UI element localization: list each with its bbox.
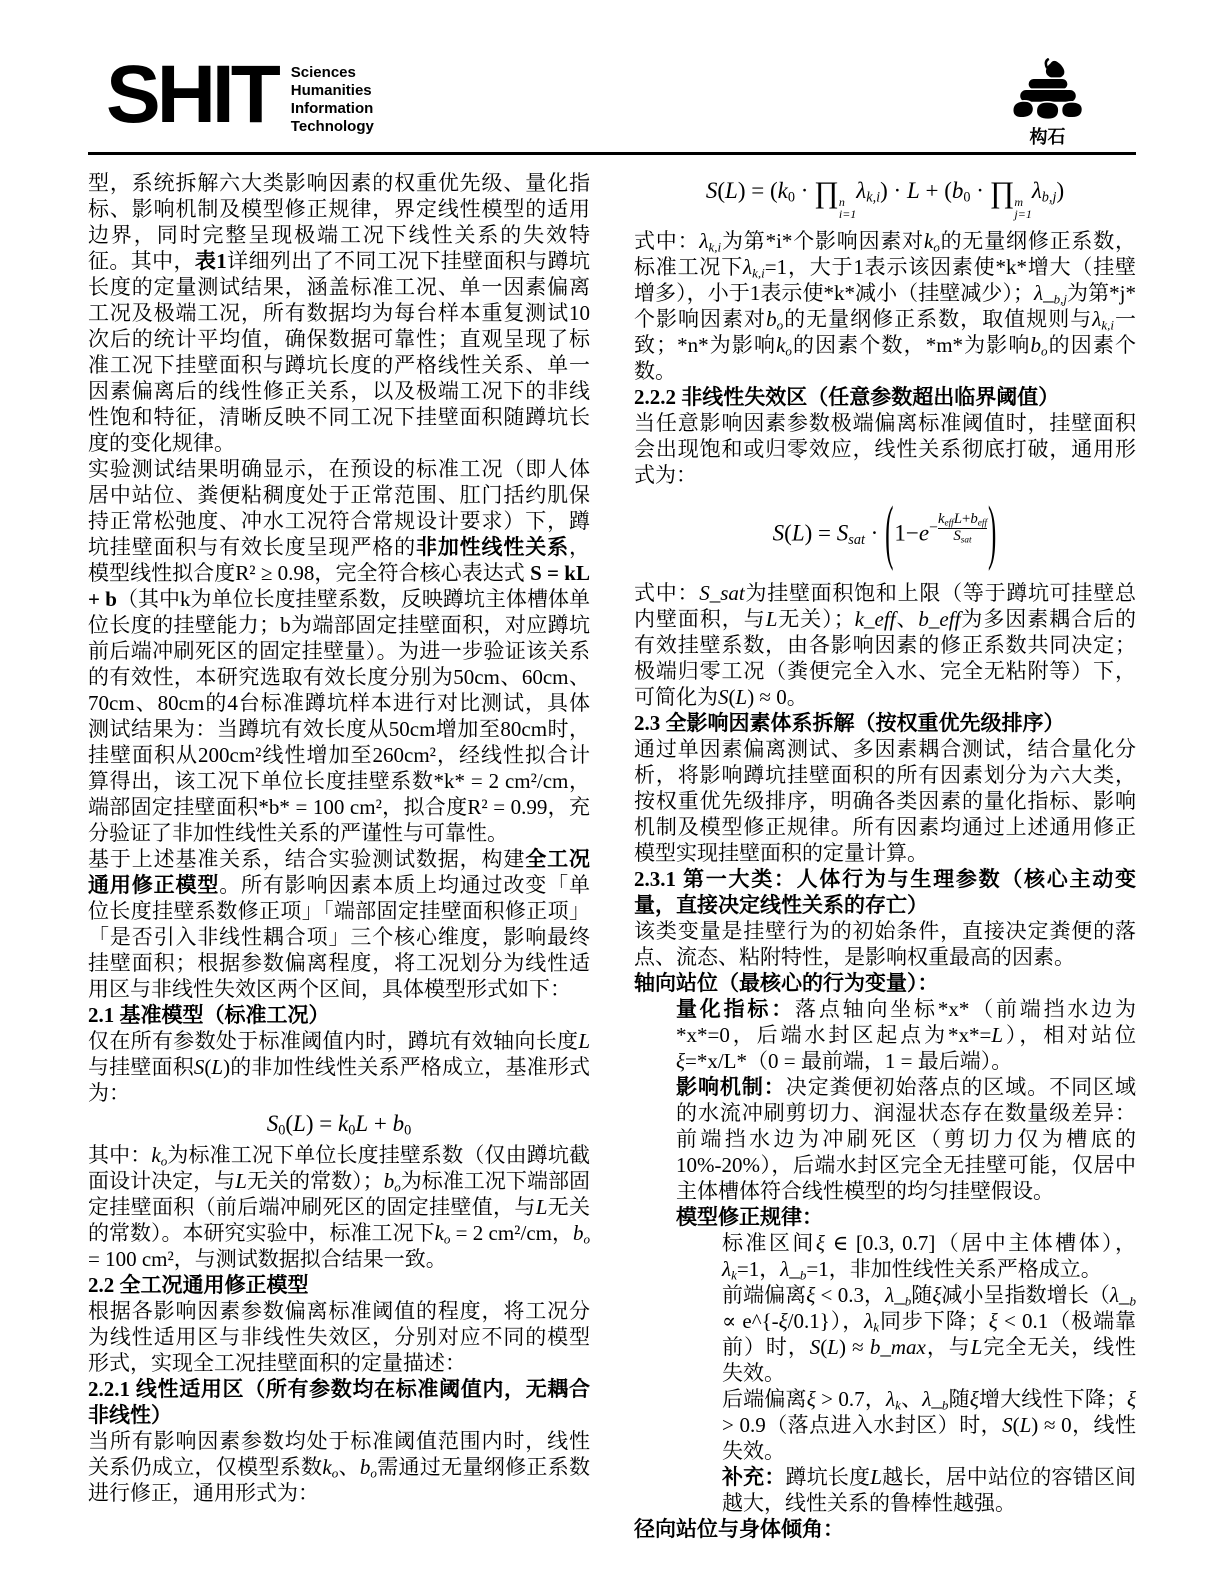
paragraph: 标准区间ξ ∈ [0.3, 0.7]（居中主体槽体），λk=1，λ_b=1，非加… xyxy=(634,1230,1136,1282)
paragraph: 当所有影响因素参数均处于标准阈值范围内时，线性关系仍成立，仅模型系数ko、bo需… xyxy=(88,1428,590,1506)
paragraph: 式中：S_sat为挂壁面积饱和上限（等于蹲坑可挂壁总内壁面积，与L无关）；k_e… xyxy=(634,580,1136,710)
paragraph: 影响机制：决定粪便初始落点的区域。不同区域的水流冲刷剪切力、润湿状态存在数量级差… xyxy=(634,1074,1136,1204)
formula-f3: S(L) = Ssat · (1−e−keffL+beffSsat) xyxy=(634,502,1136,560)
paragraph: 式中：λk,i为第*i*个影响因素对ko的无量纲修正系数，标准工况下λk,i=1… xyxy=(634,228,1136,384)
subtitle-line: Humanities xyxy=(291,82,374,100)
subtitle-line: Sciences xyxy=(291,64,374,82)
paragraph: 实验测试结果明确显示，在预设的标准工况（即人体居中站位、粪便粘稠度处于正常范围、… xyxy=(88,456,590,846)
publisher-badge: 构石 xyxy=(985,58,1110,149)
paragraph: 模型修正规律： xyxy=(634,1204,1136,1230)
section-heading: 径向站位与身体倾角： xyxy=(634,1516,1136,1542)
paragraph: 通过单因素偏离测试、多因素耦合测试，结合量化分析，将影响蹲坑挂壁面积的所有因素划… xyxy=(634,736,1136,866)
paragraph: 根据各影响因素参数偏离标准阈值的程度，将工况分为线性适用区与非线性失效区，分别对… xyxy=(88,1298,590,1376)
section-heading: 2.3 全影响因素体系拆解（按权重优先级排序） xyxy=(634,710,1136,736)
header-rule xyxy=(88,152,1136,155)
paragraph: 仅在所有参数处于标准阈值内时，蹲坑有效轴向长度L与挂壁面积S(L)的非加性线性关… xyxy=(88,1028,590,1106)
section-heading: 轴向站位（最核心的行为变量）： xyxy=(634,970,1136,996)
subtitle-line: Technology xyxy=(291,118,374,136)
paragraph: 当任意影响因素参数极端偏离标准阈值时，挂壁面积会出现饱和或归零效应，线性关系彻底… xyxy=(634,410,1136,488)
section-heading: 2.2 全工况通用修正模型 xyxy=(88,1272,590,1298)
section-heading: 2.2.2 非线性失效区（任意参数超出临界阈值） xyxy=(634,384,1136,410)
publisher-badge-label: 构石 xyxy=(985,123,1110,149)
paragraph: 其中：ko为标准工况下单位长度挂壁系数（仅由蹲坑截面设计决定，与L无关的常数）；… xyxy=(88,1142,590,1272)
document-page: SHIT Sciences Humanities Information Tec… xyxy=(0,0,1224,1584)
journal-logo: SHIT xyxy=(106,56,277,134)
section-heading: 2.2.1 线性适用区（所有参数均在标准阈值内，无耦合非线性） xyxy=(88,1376,590,1428)
section-heading: 2.3.1 第一大类：人体行为与生理参数（核心主动变量，直接决定线性关系的存亡） xyxy=(634,866,1136,918)
paragraph: 型，系统拆解六大类影响因素的权重优先级、量化指标、影响机制及模型修正规律，界定线… xyxy=(88,170,590,456)
article-body: 型，系统拆解六大类影响因素的权重优先级、量化指标、影响机制及模型修正规律，界定线… xyxy=(88,170,1136,1542)
paragraph: 前端偏离ξ < 0.3，λ_b随ξ减小呈指数增长（λ_b ∝ e^{-ξ/0.1… xyxy=(634,1282,1136,1386)
right-column: S(L) = (k0 · ∏ni=1λk,i) · L + (b0 · ∏mj=… xyxy=(634,170,1136,1542)
paragraph: 基于上述基准关系，结合实验测试数据，构建全工况通用修正模型。所有影响因素本质上均… xyxy=(88,846,590,1002)
journal-masthead: SHIT Sciences Humanities Information Tec… xyxy=(106,56,374,136)
formula-f2: S(L) = (k0 · ∏ni=1λk,i) · L + (b0 · ∏mj=… xyxy=(634,176,1136,220)
subtitle-line: Information xyxy=(291,100,374,118)
left-column: 型，系统拆解六大类影响因素的权重优先级、量化指标、影响机制及模型修正规律，界定线… xyxy=(88,170,590,1542)
section-heading: 2.1 基准模型（标准工况） xyxy=(88,1002,590,1028)
stone-pile-icon xyxy=(1005,58,1091,122)
formula-f1: S0(L) = k0L + b0 xyxy=(88,1109,590,1139)
paragraph: 量化指标：落点轴向坐标*x*（前端挡水边为*x*=0，后端水封区起点为*x*=L… xyxy=(634,996,1136,1074)
paragraph: 补充：蹲坑长度L越长，居中站位的容错区间越大，线性关系的鲁棒性越强。 xyxy=(634,1464,1136,1516)
paragraph: 后端偏离ξ > 0.7，λk、λ_b随ξ增大线性下降；ξ > 0.9（落点进入水… xyxy=(634,1386,1136,1464)
paragraph: 该类变量是挂壁行为的初始条件，直接决定粪便的落点、流态、粘附特性，是影响权重最高… xyxy=(634,918,1136,970)
journal-logo-subtitle: Sciences Humanities Information Technolo… xyxy=(291,64,374,136)
